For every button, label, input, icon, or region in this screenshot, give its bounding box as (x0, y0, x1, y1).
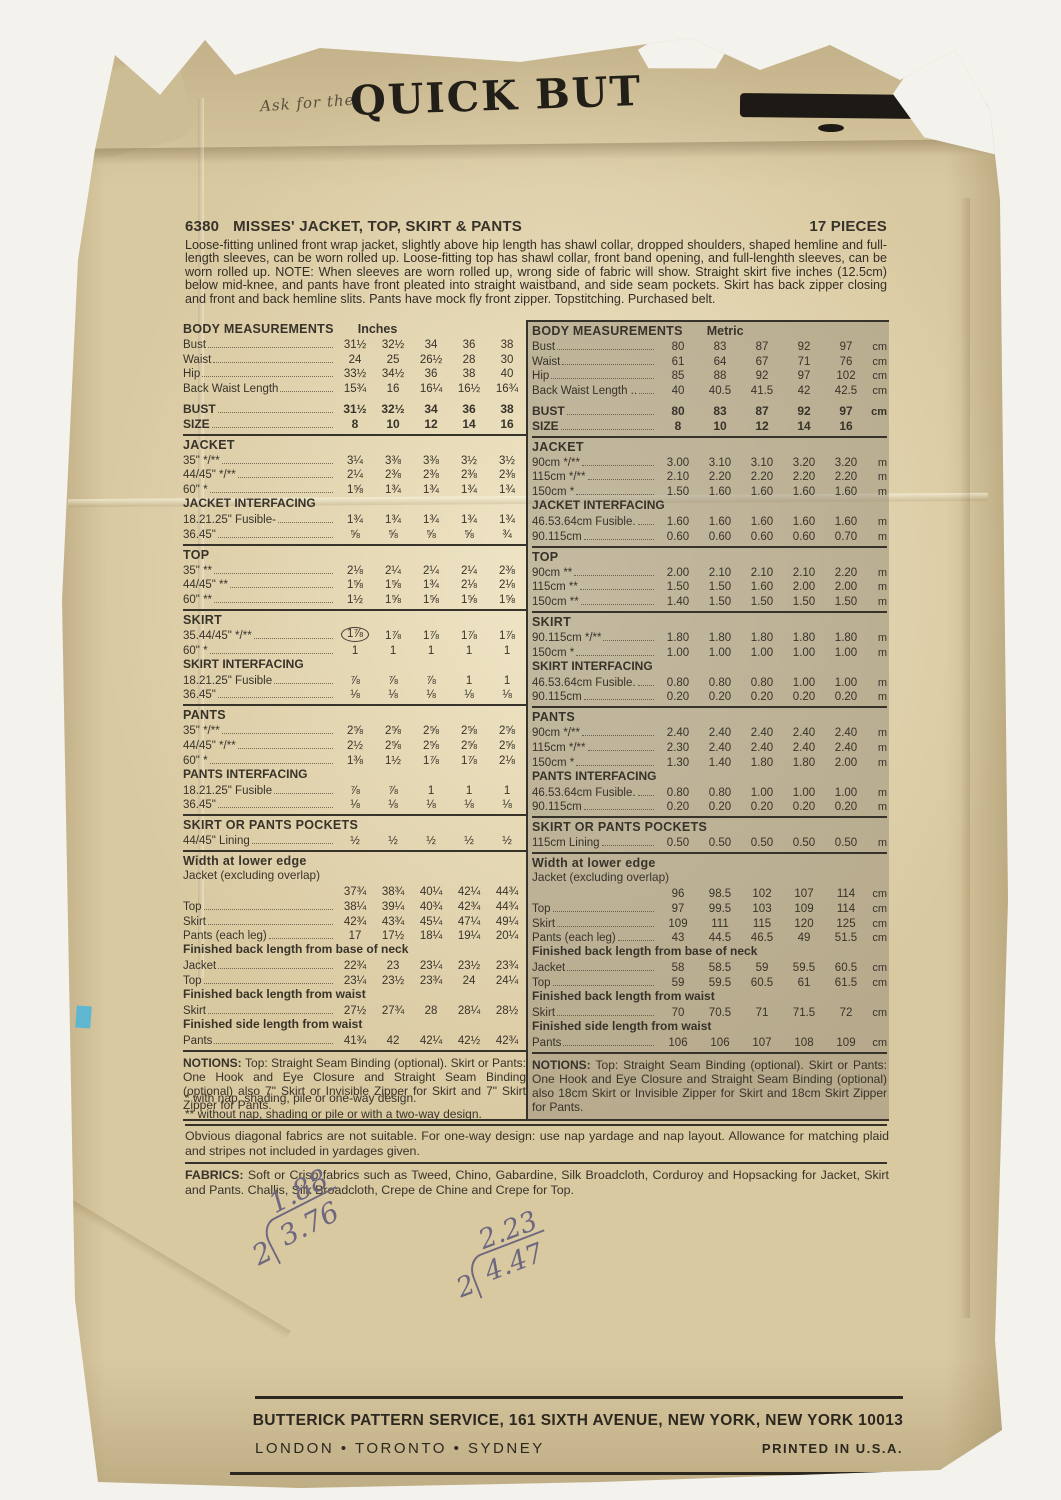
table-row: 115cm */**2.302.402.402.402.40m (532, 739, 887, 754)
row-label: 35.44/45" */** (183, 630, 252, 642)
value-cell: 43¾ (374, 916, 412, 928)
unit-cell: m (867, 471, 887, 483)
value-cell: 98.5 (699, 888, 741, 900)
value-cell: 1⅝ (374, 594, 412, 606)
unit-cell: m (867, 457, 887, 469)
value-cell: 106 (657, 1037, 699, 1049)
value-cell: 106 (699, 1037, 741, 1049)
value-cell: 1.30 (657, 757, 699, 769)
table-row: Pants (each leg)1717½18¼19¼20¼ (183, 928, 526, 943)
value-cell: 2.40 (825, 727, 867, 739)
value-cell: 16 (488, 417, 526, 431)
value-cell: 0.60 (699, 531, 741, 543)
dotted-leader (584, 699, 654, 700)
table-row: Pants (each leg)4344.546.54951.5cm (532, 930, 887, 945)
dotted-leader (238, 748, 333, 749)
table-row: 115cm **1.501.501.602.002.00m (532, 579, 887, 594)
value-cell: 70.5 (699, 1007, 741, 1019)
row-label: 36.45" (183, 799, 216, 811)
table-section: SKIRT OR PANTS POCKETS44/45" Lining½½½½½ (183, 814, 526, 850)
value-cell: ⅝ (374, 529, 412, 541)
value-cell: 1¾ (412, 514, 450, 526)
dotted-leader (582, 735, 654, 736)
dotted-leader (581, 604, 654, 605)
table-row: Hip85889297102cm (532, 368, 887, 383)
value-cell: ⅛ (336, 689, 374, 701)
value-cell: 1.50 (783, 596, 825, 608)
value-cell: ⅛ (450, 689, 488, 701)
value-cell: 61 (783, 977, 825, 989)
value-cell: 1.50 (741, 596, 783, 608)
row-label: 90.115cm */** (532, 632, 601, 644)
row-label: 150cm ** (532, 596, 579, 608)
unit-cell: cm (867, 341, 887, 353)
table-row: 44/45" */**2¼2⅜2⅜2⅜2⅜ (183, 467, 526, 482)
value-cell: 1¾ (412, 579, 450, 591)
row-label: Waist (183, 354, 211, 366)
dotted-leader (274, 793, 333, 794)
value-cell: 114 (825, 903, 867, 915)
value-cell: 103 (741, 903, 783, 915)
value-cell: 0.20 (657, 801, 699, 813)
sub-heading: SKIRT INTERFACING (183, 657, 526, 672)
dotted-leader (278, 522, 333, 523)
row-label: Hip (183, 368, 200, 380)
value-cell: 1.00 (783, 677, 825, 689)
value-cell: ½ (374, 835, 412, 847)
value-cell: 109 (783, 903, 825, 915)
value-cell: 15¾ (336, 383, 374, 395)
value-cell: 3.20 (825, 457, 867, 469)
value-cell: 2.40 (783, 727, 825, 739)
value-cell: 61.5 (825, 977, 867, 989)
unit-cell: cm (867, 370, 887, 382)
value-cell: 85 (657, 370, 699, 382)
value-cell: 2⅝ (488, 740, 526, 752)
value-cell: 1¾ (412, 484, 450, 496)
value-cell: 45¼ (412, 916, 450, 928)
value-cell: 83 (699, 341, 741, 353)
value-cell: 0.80 (741, 677, 783, 689)
row-label: 115cm Lining (532, 837, 600, 849)
dotted-leader (557, 926, 654, 927)
value-cell: 1 (488, 785, 526, 797)
row-label: 90.115cm (532, 801, 582, 813)
value-cell: ⅛ (450, 799, 488, 811)
dotted-leader (618, 940, 654, 941)
unit-cell: m (867, 581, 887, 593)
row-label: Skirt (183, 1005, 206, 1017)
table-row: 46.53.64cm Fusible.0.800.801.001.001.00m (532, 784, 887, 799)
row-label: Pants (532, 1037, 561, 1049)
row-label: 18.21.25" Fusible (183, 675, 272, 687)
section-title: PANTS (532, 710, 887, 724)
value-cell: 24¼ (488, 975, 526, 987)
table-row: Bust8083879297cm (532, 338, 887, 353)
dotted-leader (557, 1015, 654, 1016)
unit-cell: m (867, 647, 887, 659)
dotted-leader (584, 539, 654, 540)
unit-cell: m (867, 596, 887, 608)
value-cell: 16½ (450, 383, 488, 395)
value-cell: 59.5 (699, 977, 741, 989)
value-cell: 0.70 (825, 531, 867, 543)
row-label: 18.21.25" Fusible- (183, 514, 276, 526)
dotted-leader (576, 655, 654, 656)
value-cell: 42¼ (412, 1035, 450, 1047)
value-cell: 12 (741, 419, 783, 433)
dotted-leader (222, 463, 333, 464)
right-edge-crease (960, 198, 970, 1318)
value-cell: 0.50 (657, 837, 699, 849)
dotted-leader (218, 697, 333, 698)
value-cell: 1 (488, 645, 526, 657)
value-cell: 102 (741, 888, 783, 900)
table-row: Jacket22¾2323¼23½23¾ (183, 957, 526, 972)
row-label: Pants (each leg) (532, 932, 616, 944)
unit-cell: cm (867, 918, 887, 930)
value-cell: ⅝ (412, 529, 450, 541)
unit-cell: m (867, 727, 887, 739)
unit-cell: m (867, 787, 887, 799)
value-cell: 2.10 (699, 567, 741, 579)
value-cell: 2.40 (657, 727, 699, 739)
value-cell: 1⅝ (488, 594, 526, 606)
value-cell: 46.5 (741, 932, 783, 944)
table-row: 90.115cm0.200.200.200.200.20m (532, 799, 887, 814)
dotted-leader (551, 378, 654, 379)
value-cell: ⅛ (488, 799, 526, 811)
value-cell: 2¼ (374, 565, 412, 577)
row-label: 46.53.64cm Fusible. (532, 677, 636, 689)
table-row: Waist6164677176cm (532, 353, 887, 368)
unit-cell: m (867, 632, 887, 644)
sub-heading: PANTS INTERFACING (183, 767, 526, 782)
dotted-leader (208, 924, 333, 925)
value-cell: 38 (488, 402, 526, 416)
row-label: 150cm * (532, 647, 574, 659)
value-cell: ⅞ (374, 785, 412, 797)
value-cell: 1¾ (450, 484, 488, 496)
table-row: SIZE810121416 (183, 416, 526, 431)
section-title: JACKET (183, 438, 526, 452)
value-cell: 1¾ (374, 484, 412, 496)
dotted-leader (214, 1043, 333, 1044)
value-cell: 17 (336, 930, 374, 942)
table-row: 150cm **1.401.501.501.501.50m (532, 593, 887, 608)
value-cell: 0.20 (783, 691, 825, 703)
value-cell: 2⅜ (488, 469, 526, 481)
row-label: Pants (183, 1035, 212, 1047)
value-cell: 2⅝ (374, 740, 412, 752)
value-cell: 0.80 (699, 677, 741, 689)
row-label: 44/45" ** (183, 579, 228, 591)
table-row: Pants41¾4242¼42½42¾ (183, 1032, 526, 1047)
torn-flap-piece (68, 54, 197, 163)
value-cell: 43 (657, 932, 699, 944)
value-cell: ½ (488, 835, 526, 847)
value-cell: 44¾ (488, 901, 526, 913)
table-section: SKIRT90.115cm */**1.801.801.801.801.80m1… (532, 611, 887, 706)
table-row: 60" *1⅝1¾1¾1¾1¾ (183, 481, 526, 496)
value-cell: 1.80 (657, 632, 699, 644)
value-cell: 42½ (450, 1035, 488, 1047)
unit-cell: m (867, 531, 887, 543)
unit-cell: cm (867, 406, 887, 418)
section-title: BODY MEASUREMENTS (183, 322, 334, 336)
yardage-footnotes: * with nap, shading, pile or one-way des… (185, 1090, 885, 1122)
value-cell: 2⅜ (450, 469, 488, 481)
section-title: SKIRT OR PANTS POCKETS (532, 820, 887, 834)
table-section: TOP35" **2⅛2¼2¼2¼2⅜44/45" **1⅝1⅝1¾2⅛2⅛60… (183, 544, 526, 609)
value-cell: 34 (412, 339, 450, 351)
pattern-title: 6380MISSES' JACKET, TOP, SKIRT & PANTS (185, 218, 522, 235)
value-cell: 120 (783, 918, 825, 930)
section-title: BODY MEASUREMENTS (532, 324, 683, 338)
value-cell: 42¾ (336, 916, 374, 928)
circled-value: 1⅞ (341, 627, 369, 642)
value-cell: 0.20 (699, 691, 741, 703)
value-cell: 12 (412, 417, 450, 431)
table-section: BODY MEASUREMENTSMetricBust8083879297cmW… (532, 322, 887, 436)
dotted-leader (214, 602, 333, 603)
value-cell: 23¼ (412, 960, 450, 972)
value-cell: 34 (412, 402, 450, 416)
value-cell: 40.5 (699, 385, 741, 397)
value-cell: 1⅞ (488, 630, 526, 642)
value-cell: 1 (412, 785, 450, 797)
value-cell: 87 (741, 341, 783, 353)
table-row: 60" *11111 (183, 642, 526, 657)
value-cell: 0.20 (699, 801, 741, 813)
value-cell: ⅛ (336, 799, 374, 811)
value-cell: 1 (488, 675, 526, 687)
value-cell: 42 (783, 385, 825, 397)
table-row: Skirt27½27¾2828¼28½ (183, 1002, 526, 1017)
sub-heading: Jacket (excluding overlap) (183, 868, 526, 883)
pattern-title-text: MISSES' JACKET, TOP, SKIRT & PANTS (233, 218, 522, 235)
value-cell: 18¼ (412, 930, 450, 942)
value-cell: 1.80 (741, 757, 783, 769)
row-label: Back Waist Length .. (532, 385, 637, 397)
row-label: BUST (183, 402, 216, 416)
dotted-leader (230, 587, 333, 588)
dotted-leader (561, 429, 654, 430)
section-heading: BODY MEASUREMENTSMetric (532, 324, 887, 338)
row-label: Back Waist Length (183, 383, 278, 395)
value-cell: 1.00 (699, 647, 741, 659)
divider-rule (185, 1124, 887, 1126)
row-label: 35" */** (183, 725, 220, 737)
value-cell: ½ (412, 835, 450, 847)
value-cell: 36 (450, 402, 488, 416)
row-label: 90cm */** (532, 457, 580, 469)
row-label: 115cm */** (532, 471, 585, 483)
dotted-leader (557, 349, 654, 350)
row-label: SIZE (183, 417, 210, 431)
value-cell: 1.60 (699, 516, 741, 528)
dotted-leader (218, 807, 333, 808)
value-cell: 2⅝ (374, 725, 412, 737)
table-section: BODY MEASUREMENTSInchesBust31½32½343638W… (183, 320, 526, 434)
value-cell: 2⅜ (374, 469, 412, 481)
value-cell: 1¾ (450, 514, 488, 526)
value-cell: 102 (825, 370, 867, 382)
value-cell: 71.5 (783, 1007, 825, 1019)
value-cell: 1⅞ (412, 755, 450, 767)
table-row: 150cm *1.501.601.601.601.60m (532, 483, 887, 498)
dotted-leader (252, 843, 333, 844)
value-cell: 109 (657, 918, 699, 930)
row-label: Top (183, 901, 202, 913)
value-cell: 1⅞ (412, 630, 450, 642)
table-row: 36.45"⅛⅛⅛⅛⅛ (183, 797, 526, 812)
value-cell: 23½ (374, 975, 412, 987)
unit-cell: cm (867, 932, 887, 944)
row-label: Bust (183, 339, 206, 351)
value-cell: 33½ (336, 368, 374, 380)
value-cell: 1.00 (783, 647, 825, 659)
value-cell: 24 (450, 975, 488, 987)
table-row: 18.21.25" Fusible⅞⅞111 (183, 782, 526, 797)
section-title: TOP (532, 550, 887, 564)
unit-cell: m (867, 742, 887, 754)
torn-ink-smudge (740, 93, 918, 119)
table-row: 90cm */**3.003.103.103.203.20m (532, 454, 887, 469)
value-cell: 1.50 (657, 581, 699, 593)
value-cell: 3.10 (741, 457, 783, 469)
dotted-leader (638, 685, 654, 686)
row-label: 150cm * (532, 486, 574, 498)
value-cell: 2.20 (783, 471, 825, 483)
dotted-leader (210, 653, 333, 654)
value-cell: 1.60 (741, 486, 783, 498)
row-label: 46.53.64cm Fusible. (532, 787, 636, 799)
value-cell: 0.20 (741, 801, 783, 813)
table-row: 150cm *1.001.001.001.001.00m (532, 644, 887, 659)
value-cell: 3.00 (657, 457, 699, 469)
table-section: PANTS35" */**2⅝2⅝2⅝2⅝2⅝44/45" */**2½2⅝2⅝… (183, 704, 526, 814)
unit-cell: cm (867, 977, 887, 989)
pattern-title-row: 6380MISSES' JACKET, TOP, SKIRT & PANTS 1… (185, 218, 887, 235)
value-cell: 58 (657, 962, 699, 974)
value-cell: 2½ (336, 740, 374, 752)
value-cell: 16¾ (488, 383, 526, 395)
unit-cell: cm (867, 888, 887, 900)
row-label: 36.45" (183, 689, 216, 701)
value-cell: 92 (741, 370, 783, 382)
value-cell: 1 (412, 645, 450, 657)
table-row: Top38¼39¼40¾42¾44¾ (183, 898, 526, 913)
footer-rule-top (255, 1396, 903, 1399)
dotted-leader (576, 765, 654, 766)
value-cell: 40 (488, 368, 526, 380)
value-cell: 23½ (450, 960, 488, 972)
table-row: 90.115cm0.200.200.200.200.20m (532, 689, 887, 704)
row-label: BUST (532, 404, 565, 418)
value-cell: 16¼ (412, 383, 450, 395)
unit-cell: m (867, 486, 887, 498)
value-cell: 60.5 (825, 962, 867, 974)
value-cell: 92 (783, 404, 825, 418)
table-section: JACKET35" */**3¼3⅜3⅜3½3½44/45" */**2¼2⅜2… (183, 434, 526, 544)
value-cell: 3⅜ (374, 455, 412, 467)
unit-cell: cm (867, 962, 887, 974)
row-label: Pants (each leg) (183, 930, 267, 942)
value-cell: 107 (741, 1037, 783, 1049)
value-cell: 39¼ (374, 901, 412, 913)
value-cell: 2¼ (336, 469, 374, 481)
value-cell: 3½ (450, 455, 488, 467)
dotted-leader (218, 412, 333, 413)
section-heading: BODY MEASUREMENTSInches (183, 322, 526, 336)
value-cell: 2.10 (657, 471, 699, 483)
table-row: Top5959.560.56161.5cm (532, 974, 887, 989)
value-cell: 19¼ (450, 930, 488, 942)
value-cell: 2.40 (699, 742, 741, 754)
value-cell: 14 (450, 417, 488, 431)
dotted-leader (202, 376, 333, 377)
value-cell: 83 (699, 404, 741, 418)
garment-description: Loose-fitting unlined front wrap jacket,… (185, 239, 887, 306)
value-cell: 61 (657, 356, 699, 368)
value-cell: 3½ (488, 455, 526, 467)
dotted-leader (580, 589, 654, 590)
value-cell: 26½ (412, 354, 450, 366)
value-cell: 44¾ (488, 886, 526, 898)
value-cell: 59.5 (783, 962, 825, 974)
footer-secondary-row: LONDON • TORONTO • SYDNEY PRINTED IN U.S… (255, 1440, 903, 1457)
value-cell: 3¼ (336, 455, 374, 467)
value-cell: ½ (450, 835, 488, 847)
dotted-leader (567, 970, 654, 971)
value-cell: 0.20 (825, 691, 867, 703)
value-cell: 1.00 (741, 787, 783, 799)
dotted-leader (222, 733, 333, 734)
value-cell: 0.50 (699, 837, 741, 849)
row-label: Jacket (532, 962, 565, 974)
value-cell: 2.00 (783, 581, 825, 593)
row-label: Skirt (532, 1007, 555, 1019)
sub-heading: Finished back length from waist (532, 989, 887, 1004)
value-cell: 109 (825, 1037, 867, 1049)
value-cell: 0.80 (657, 787, 699, 799)
value-cell: 0.20 (825, 801, 867, 813)
value-cell: 72 (825, 1007, 867, 1019)
value-cell: 2⅝ (488, 725, 526, 737)
table-section: PANTS90cm */**2.402.402.402.402.40m115cm… (532, 706, 887, 816)
dotted-leader (563, 1045, 654, 1046)
value-cell: 38¾ (374, 886, 412, 898)
value-cell: 1.50 (699, 581, 741, 593)
value-cell: 1½ (336, 594, 374, 606)
section-title: SKIRT (183, 613, 526, 627)
table-row: 90cm */**2.402.402.402.402.40m (532, 724, 887, 739)
dotted-leader (204, 909, 333, 910)
value-cell: 42¾ (450, 901, 488, 913)
value-cell: 2⅛ (488, 579, 526, 591)
row-label: 150cm * (532, 757, 574, 769)
value-cell: 92 (783, 341, 825, 353)
value-cell: 71 (741, 1007, 783, 1019)
value-cell: 31½ (336, 339, 374, 351)
table-row: Skirt7070.57171.572cm (532, 1004, 887, 1019)
row-label: 44/45" Lining (183, 835, 250, 847)
value-cell: 31½ (336, 402, 374, 416)
value-cell: 1.00 (825, 647, 867, 659)
table-section: SKIRT35.44/45" */**1⅞1⅞1⅞1⅞1⅞60" *11111S… (183, 609, 526, 704)
value-cell: 0.60 (657, 531, 699, 543)
